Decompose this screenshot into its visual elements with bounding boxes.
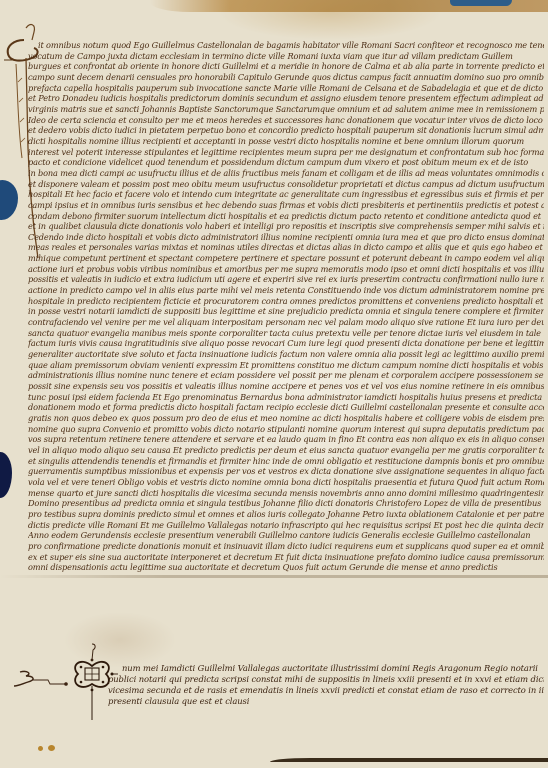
text-line: possitis et valeatis in iudicio et extra… xyxy=(28,274,544,285)
text-line: vola vel et vere teneri Obligo vobis et … xyxy=(28,477,544,488)
text-line: campo sunt decem denarii censuales pro h… xyxy=(28,72,544,83)
text-line: in posse vestri notarii iamdicti de supp… xyxy=(28,306,544,317)
text-line: guerramentis sumptibus missionibus et ex… xyxy=(28,466,544,477)
text-line: vel in aliquo modo aliquo seu causa Et p… xyxy=(28,445,544,456)
notarial-subscription: num mei Iamdicti Guillelmi Vallalegas au… xyxy=(108,663,544,707)
text-line: donationem modo et forma predictis dicto… xyxy=(28,402,544,413)
text-line: et Petro Donadeu iudicis hospitalis pred… xyxy=(28,93,544,104)
text-line: prefacta capella hospitalis pauperum sub… xyxy=(28,83,544,94)
text-line: dictis predicte ville Romani Et me Guill… xyxy=(28,520,544,531)
text-line: Domino presentibus ad predicta omnia et … xyxy=(28,498,544,509)
text-line: actione iuri et probus vobis viribus nom… xyxy=(28,264,544,275)
text-line: factum iuris vivis causa ingratitudinis … xyxy=(28,338,544,349)
text-line: nomine quo supra Convenio et promitto vo… xyxy=(28,424,544,435)
text-line: dicti hospitalis nomine illius recipient… xyxy=(28,136,544,147)
text-line: hospitale in predicto recipientem fictic… xyxy=(28,296,544,307)
bottom-edge-shadow xyxy=(270,758,548,762)
text-line: ex et super eis sine sua auctoritate int… xyxy=(28,552,544,563)
text-line: sancta quatuor evangelia manibus meis sp… xyxy=(28,328,544,339)
text-line: mense quarto et jure sancti dicti hospit… xyxy=(28,488,544,499)
top-edge-blue-backing xyxy=(450,0,512,6)
text-line: pacto et condicione videlicet quod tenen… xyxy=(28,157,544,168)
text-line: condam debono firmiter suorum intellectu… xyxy=(28,211,544,222)
charter-body-text: it omnibus notum quod Ego Guillelmus Cas… xyxy=(28,40,544,573)
text-line: interest vel poterit interesse stipulant… xyxy=(28,147,544,158)
text-line: Ideo de certa sciencia et consulto per m… xyxy=(28,115,544,126)
subscription-line: presenti clausula que est et clausi xyxy=(108,696,544,707)
text-line: vocatum de Campo juxta dictam ecclesiam … xyxy=(28,51,544,62)
text-line: et in qualibet clausula dicte donationis… xyxy=(28,221,544,232)
fold-line-upper xyxy=(0,575,548,578)
text-line: administrationis illius nomine nunc tene… xyxy=(28,370,544,381)
text-line: meas reales et personales varias mixtas … xyxy=(28,242,544,253)
text-line: et singulis attendendis tenendis et firm… xyxy=(28,456,544,467)
text-line: actione in predicto campo vel in aliis e… xyxy=(28,285,544,296)
text-line: gratis non quos debeo ex quos possum pro… xyxy=(28,413,544,424)
text-line: omni dispensationis actu legittime sua a… xyxy=(28,562,544,573)
text-line: generaliter auctoritate sive soluto et f… xyxy=(28,349,544,360)
text-line: possit sine expensis seu vos possitis et… xyxy=(28,381,544,392)
text-line: et disponere valeam et possim post meo o… xyxy=(28,179,544,190)
signum-flourish-icon xyxy=(14,666,72,690)
text-line: Cedendo inde dicto hospitali et vobis di… xyxy=(28,232,544,243)
text-line: hospitali Et hec facio et facere volo et… xyxy=(28,189,544,200)
text-line: mihique competunt pertinent et spectant … xyxy=(28,253,544,264)
subscription-line: vicesima secunda et de rasis et emendati… xyxy=(108,685,544,696)
text-line: virginis matris sue et sancti Johannis B… xyxy=(28,104,544,115)
ink-spot xyxy=(48,745,55,751)
text-line: Anno eodem Gerundensis ecclesie presenti… xyxy=(28,530,544,541)
text-line: contrafaciendo vel venire per me vel ali… xyxy=(28,317,544,328)
text-line: it omnibus notum quod Ego Guillelmus Cas… xyxy=(28,40,544,51)
subscription-line: publici notarii qui predicta scripsi con… xyxy=(108,674,544,685)
text-line: in bona mea dicti campi ac usufructu ill… xyxy=(28,168,544,179)
text-line: vos supra retentum retinere tenere atten… xyxy=(28,434,544,445)
text-line: et dedero vobis dicto iudici in pietatem… xyxy=(28,125,544,136)
text-line: quae aliam premissorum obviam venienti e… xyxy=(28,360,544,371)
text-line: burgues et confrontat ab oriente in hono… xyxy=(28,61,544,72)
text-line: pro confirmatione predicte donationis mo… xyxy=(28,541,544,552)
text-line: campi ipsius et in omnibus iuris sensibu… xyxy=(28,200,544,211)
text-line: pro testibus supra dominis predicto simu… xyxy=(28,509,544,520)
ink-spot xyxy=(38,746,43,751)
text-line: tunc posui ipsi eidem facienda Et Ego pr… xyxy=(28,392,544,403)
subscription-line: num mei Iamdicti Guillelmi Vallalegas au… xyxy=(108,663,544,674)
